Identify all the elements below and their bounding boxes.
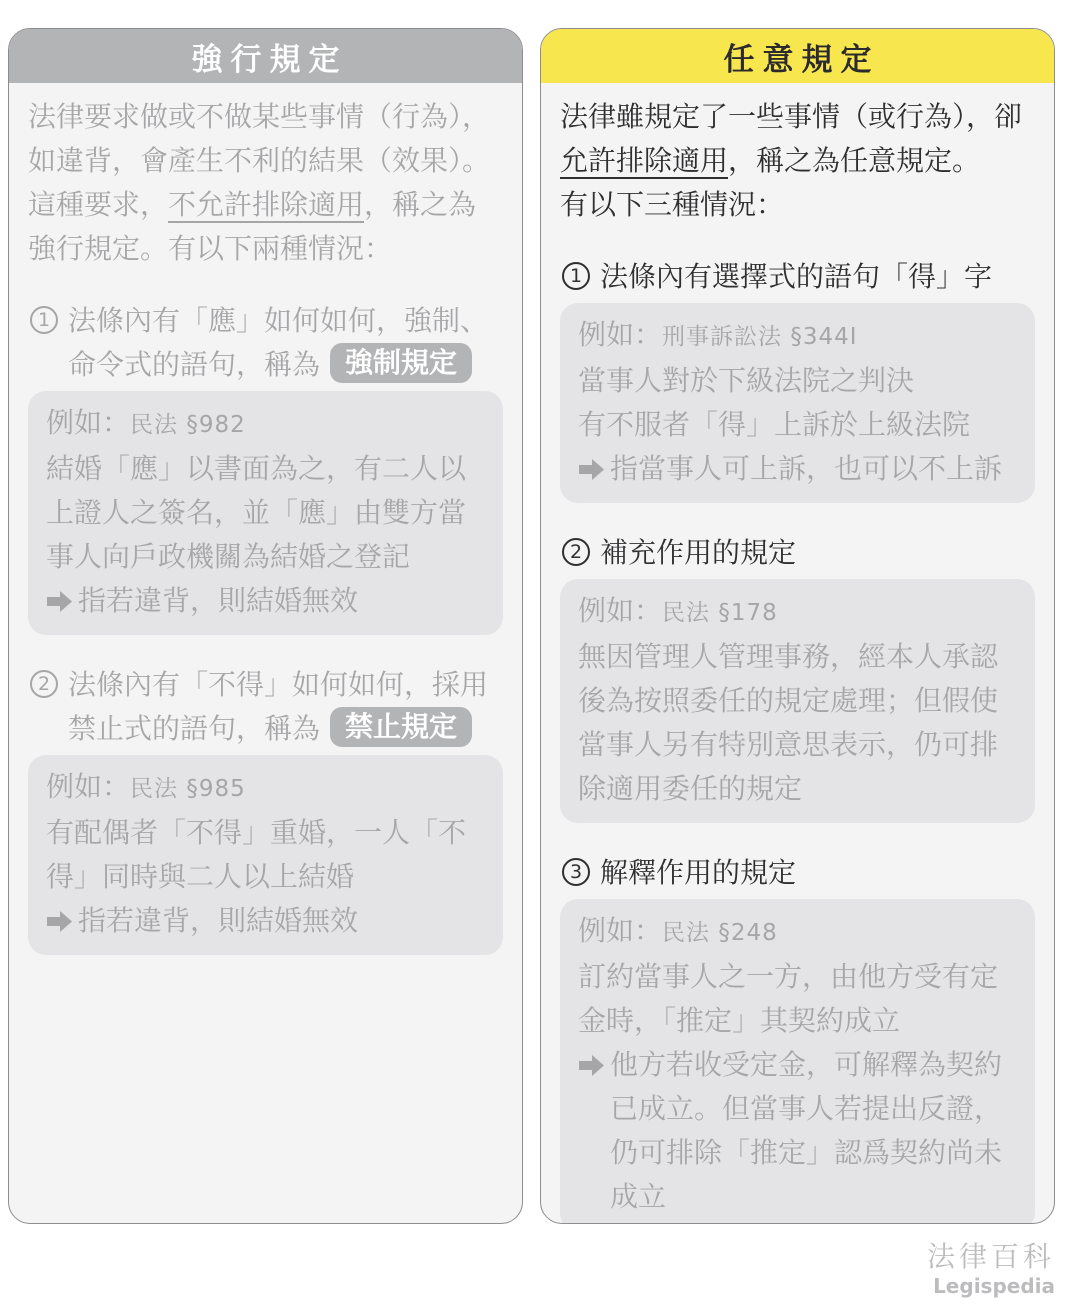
numbered-item-mandatory-1: 1 法條內有「應」如何如何，強制、命令式的語句，稱為強制規定	[28, 299, 503, 387]
item-heading: 解釋作用的規定	[600, 851, 1035, 895]
example-box-civil-248: 例如：民法 §248 訂約當事人之一方，由他方受有定金時，「推定」其契約成立 他…	[560, 899, 1035, 1224]
example-label: 例如：	[578, 318, 662, 351]
numbered-item-discretionary-1: 1 法條內有選擇式的語句「得」字	[560, 255, 1035, 299]
item-text: 法條內有「不得」如何如何，採用禁止式的語句，稱為禁止規定	[68, 663, 503, 751]
example-label: 例如：	[578, 594, 662, 627]
example-head: 例如：民法 §178	[578, 589, 1015, 635]
example-box-civil-985: 例如：民法 §985 有配偶者「不得」重婚，一人「不得」同時與二人以上結婚 指若…	[28, 755, 503, 955]
numbered-item-mandatory-2: 2 法條內有「不得」如何如何，採用禁止式的語句，稱為禁止規定	[28, 663, 503, 751]
mandatory-card-title: 強行規定	[9, 29, 522, 83]
example-label: 例如：	[46, 770, 130, 803]
brand-footer: 法律百科 Legispedia	[927, 1240, 1055, 1298]
discretionary-card-title: 任意規定	[541, 29, 1054, 83]
numbered-item-discretionary-2: 2 補充作用的規定	[560, 531, 1035, 575]
infographic-canvas: 強行規定 法律要求做或不做某些事情（行為），如違背，會產生不利的結果（效果）。這…	[0, 0, 1065, 1309]
example-box-criminal-procedure-344: 例如：刑事訴訟法 §344Ⅰ 當事人對於下級法院之判決 有不服者「得」上訴於上級…	[560, 303, 1035, 503]
law-reference: 民法 §985	[130, 776, 246, 802]
numbered-item-discretionary-3: 3 解釋作用的規定	[560, 851, 1035, 895]
example-head: 例如：刑事訴訟法 §344Ⅰ	[578, 313, 1015, 359]
arrow-note: 指當事人可上訴，也可以不上訴	[578, 447, 1015, 491]
law-reference: 刑事訴訟法 §344Ⅰ	[662, 324, 858, 350]
example-body: 訂約當事人之一方，由他方受有定金時，「推定」其契約成立	[578, 955, 1015, 1043]
example-head: 例如：民法 §985	[46, 765, 483, 811]
law-reference: 民法 §248	[662, 920, 778, 946]
right-arrow-icon	[46, 590, 73, 613]
arrow-note-text: 指若違背，則結婚無效	[78, 579, 483, 623]
intro-underlined-text: 不允許排除適用	[168, 188, 364, 221]
intro-text-before: 法律雖規定了一些事情（或行為），卻	[560, 100, 1022, 133]
arrow-note-text: 他方若收受定金，可解釋為契約已成立。但當事人若提出反證，仍可排除「推定」認爲契約…	[610, 1043, 1015, 1219]
arrow-note: 指若違背，則結婚無效	[46, 899, 483, 943]
example-box-civil-178: 例如：民法 §178 無因管理人管理事務，經本人承認後為按照委任的規定處理；但假…	[560, 579, 1035, 823]
law-reference: 民法 §178	[662, 600, 778, 626]
example-body: 無因管理人管理事務，經本人承認後為按照委任的規定處理；但假使當事人另有特別意思表…	[578, 635, 1015, 811]
item-heading: 補充作用的規定	[600, 531, 1035, 575]
item-text: 法條內有「應」如何如何，強制、命令式的語句，稱為強制規定	[68, 299, 503, 387]
law-reference: 民法 §982	[130, 412, 246, 438]
example-label: 例如：	[46, 406, 130, 439]
circled-number: 2	[562, 538, 590, 566]
intro-underlined-text: 允許排除適用	[560, 144, 728, 177]
circled-number: 1	[562, 262, 590, 290]
example-body: 當事人對於下級法院之判決 有不服者「得」上訴於上級法院	[578, 359, 1015, 447]
right-arrow-icon	[578, 458, 605, 481]
example-body: 有配偶者「不得」重婚，一人「不得」同時與二人以上結婚	[46, 811, 483, 899]
discretionary-card-body: 法律雖規定了一些事情（或行為），卻允許排除適用，稱之為任意規定。 有以下三種情況…	[541, 83, 1054, 1224]
circled-number: 3	[562, 858, 590, 886]
example-body: 結婚「應」以書面為之，有二人以上證人之簽名，並「應」由雙方當事人向戶政機關為結婚…	[46, 447, 483, 579]
example-label: 例如：	[578, 914, 662, 947]
mandatory-provisions-card: 強行規定 法律要求做或不做某些事情（行為），如違背，會產生不利的結果（效果）。這…	[8, 28, 523, 1224]
circled-number: 2	[30, 670, 58, 698]
arrow-note-text: 指若違背，則結婚無效	[78, 899, 483, 943]
mandatory-rule-badge: 強制規定	[330, 343, 472, 383]
right-arrow-icon	[578, 1054, 605, 1077]
right-arrow-icon	[46, 910, 73, 933]
arrow-note: 指若違背，則結婚無效	[46, 579, 483, 623]
prohibition-rule-badge: 禁止規定	[330, 707, 472, 747]
mandatory-card-body: 法律要求做或不做某些事情（行為），如違背，會產生不利的結果（效果）。這種要求，不…	[9, 83, 522, 955]
mandatory-card-intro: 法律要求做或不做某些事情（行為），如違背，會產生不利的結果（效果）。這種要求，不…	[28, 95, 503, 271]
arrow-note: 他方若收受定金，可解釋為契約已成立。但當事人若提出反證，仍可排除「推定」認爲契約…	[578, 1043, 1015, 1219]
item-heading: 法條內有選擇式的語句「得」字	[600, 255, 1035, 299]
circled-number: 1	[30, 306, 58, 334]
example-head: 例如：民法 §982	[46, 401, 483, 447]
brand-name-en: Legispedia	[927, 1274, 1055, 1298]
arrow-note-text: 指當事人可上訴，也可以不上訴	[610, 447, 1015, 491]
example-box-civil-982: 例如：民法 §982 結婚「應」以書面為之，有二人以上證人之簽名，並「應」由雙方…	[28, 391, 503, 635]
discretionary-provisions-card: 任意規定 法律雖規定了一些事情（或行為），卻允許排除適用，稱之為任意規定。 有以…	[540, 28, 1055, 1224]
brand-name-zh: 法律百科	[927, 1240, 1055, 1274]
discretionary-card-intro: 法律雖規定了一些事情（或行為），卻允許排除適用，稱之為任意規定。 有以下三種情況…	[560, 95, 1035, 227]
example-head: 例如：民法 §248	[578, 909, 1015, 955]
